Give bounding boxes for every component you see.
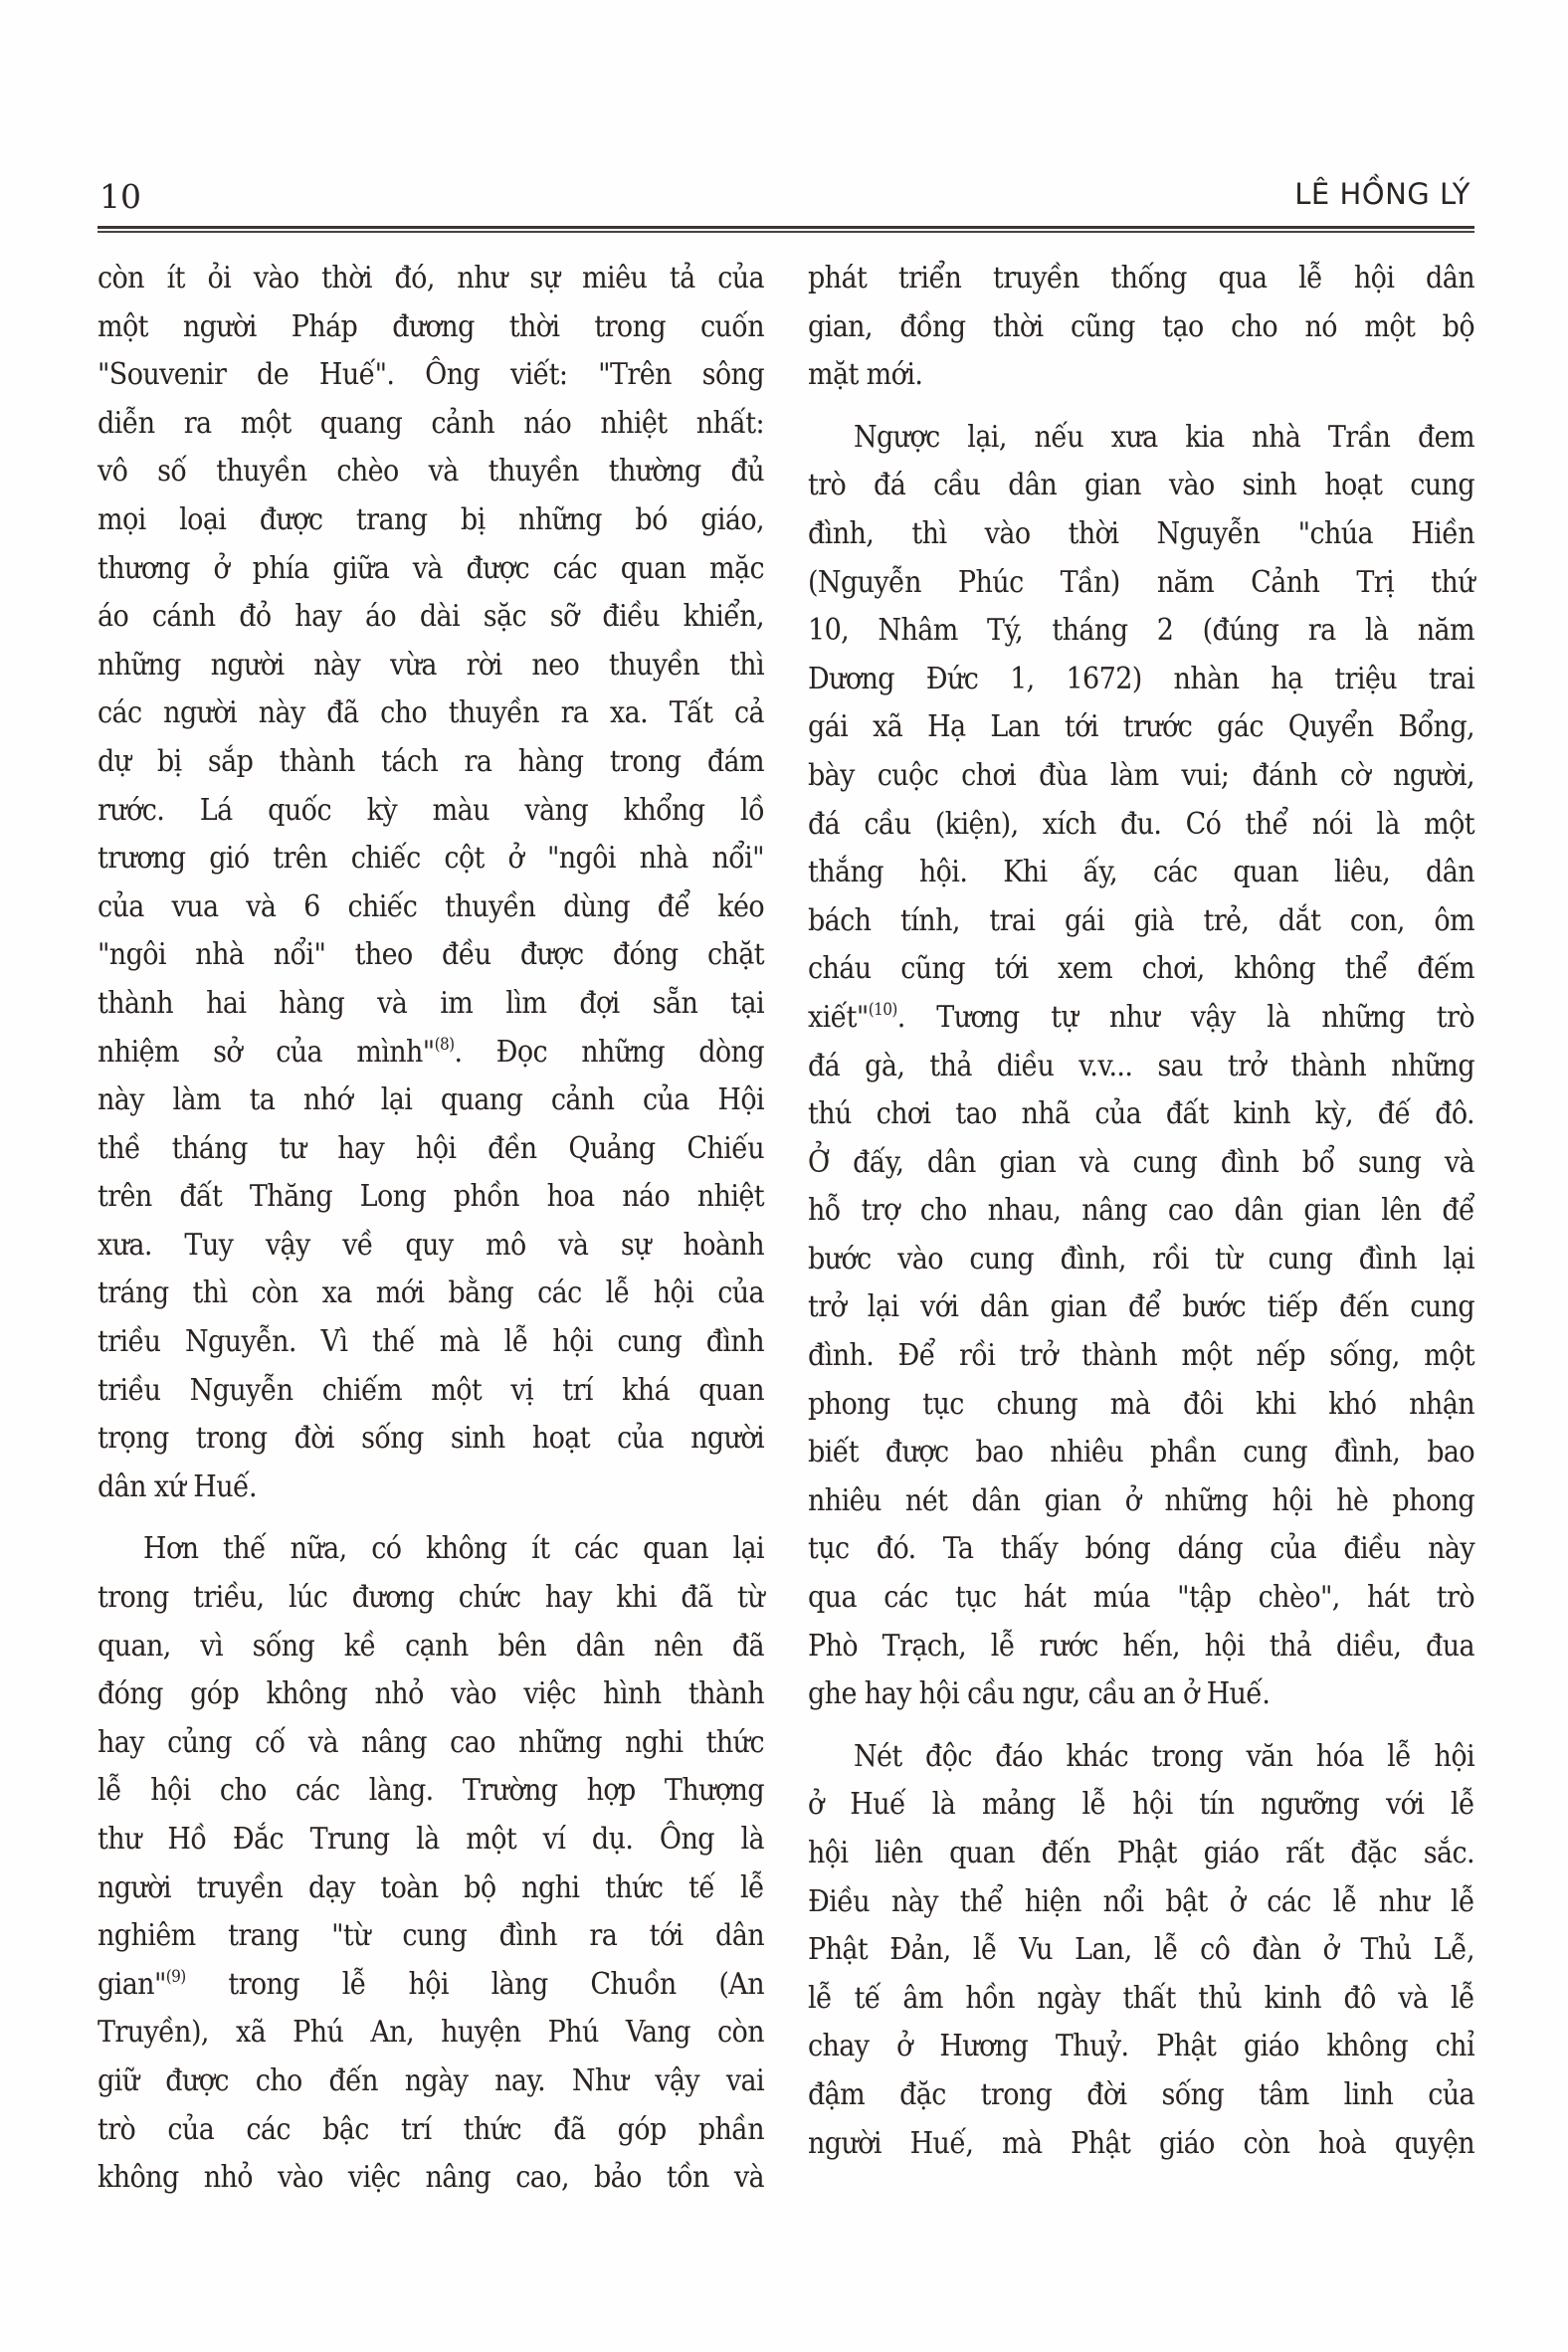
text-line: triều Nguyễn chiếm một vị trí khá quan	[98, 1367, 764, 1416]
text-line: vô số thuyền chèo và thuyền thường đủ	[98, 448, 764, 496]
text-line: quan, vì sống kề cạnh bên dân nên đã	[98, 1623, 764, 1671]
text-line: trương gió trên chiếc cột ở "ngôi nhà nổ…	[98, 835, 764, 883]
text-line: nhiệm sở của mình"(8). Đọc những dòng	[98, 1029, 764, 1078]
header-rule	[98, 226, 1474, 229]
text-line: xưa. Tuy vậy về quy mô và sự hoành	[98, 1222, 764, 1271]
text-line: phát triển truyền thống qua lễ hội dân	[808, 255, 1474, 303]
text-line: chay ở Hương Thuỷ. Phật giáo không chỉ	[808, 2023, 1474, 2071]
text-line: thú chơi tao nhã của đất kinh kỳ, đế đô.	[808, 1090, 1474, 1139]
text-line: hỗ trợ cho nhau, nâng cao dân gian lên đ…	[808, 1187, 1474, 1236]
paragraph-gap	[808, 400, 1474, 414]
text-line: dân xứ Huế.	[98, 1464, 764, 1512]
text-line: Nét độc đáo khác trong văn hóa lễ hội	[808, 1733, 1474, 1782]
running-head: 10 LÊ HỒNG LÝ	[98, 175, 1474, 221]
text-line: áo cánh đỏ hay áo dài sặc sỡ điều khiển,	[98, 593, 764, 642]
text-line: những người này vừa rời neo thuyền thì	[98, 642, 764, 690]
page-number: 10	[99, 177, 141, 216]
footnote-reference: (10)	[869, 1000, 897, 1020]
text-line: "ngôi nhà nổi" theo đều được đóng chặt	[98, 931, 764, 980]
text-line: Phò Trạch, lễ rước hến, hội thả diều, đu…	[808, 1623, 1474, 1671]
text-line: Ở đấy, dân gian và cung đình bổ sung và	[808, 1139, 1474, 1188]
book-page: 10 LÊ HỒNG LÝ còn ít ỏi vào thời đó, như…	[0, 0, 1568, 2352]
text-line: này làm ta nhớ lại quang cảnh của Hội	[98, 1077, 764, 1125]
text-line: 10, Nhâm Tý, tháng 2 (đúng ra là năm	[808, 607, 1474, 656]
text-line: Hơn thế nữa, có không ít các quan lại	[98, 1525, 764, 1574]
text-line: lễ tế âm hồn ngày thất thủ kinh đô và lễ	[808, 1975, 1474, 2024]
text-line: thề tháng tư hay hội đền Quảng Chiếu	[98, 1125, 764, 1174]
text-line: gian, đồng thời cũng tạo cho nó một bộ	[808, 303, 1474, 352]
running-title-author: LÊ HỒNG LÝ	[1294, 177, 1470, 211]
text-line: ghe hay hội cầu ngư, cầu an ở Huế.	[808, 1670, 1474, 1719]
text-line: không nhỏ vào việc nâng cao, bảo tồn và	[98, 2154, 764, 2203]
left-column: còn ít ỏi vào thời đó, như sự miêu tả củ…	[98, 255, 764, 2203]
text-line: đình, thì vào thời Nguyễn "chúa Hiền	[808, 510, 1474, 559]
text-line: gái xã Hạ Lan tới trước gác Quyển Bổng,	[808, 703, 1474, 752]
text-line: mọi loại được trang bị những bó giáo,	[98, 496, 764, 545]
text-line: phong tục chung mà đôi khi khó nhận	[808, 1381, 1474, 1430]
text-line: Dương Đức 1, 1672) nhàn hạ triệu trai	[808, 656, 1474, 704]
text-line: đình. Để rồi trở thành một nếp sống, một	[808, 1332, 1474, 1381]
text-line: gian"(9) trong lễ hội làng Chuồn (An	[98, 1961, 764, 2010]
text-line: cháu cũng tới xem chơi, không thể đếm	[808, 945, 1474, 994]
text-line: dự bị sắp thành tách ra hàng trong đám	[98, 738, 764, 787]
text-line: người Huế, mà Phật giáo còn hoà quyện	[808, 2120, 1474, 2169]
text-line: bày cuộc chơi đùa làm vui; đánh cờ người…	[808, 752, 1474, 801]
footnote-reference: (8)	[435, 1035, 455, 1055]
text-line: còn ít ỏi vào thời đó, như sự miêu tả củ…	[98, 255, 764, 303]
text-line: ở Huế là mảng lễ hội tín ngưỡng với lễ	[808, 1781, 1474, 1830]
text-line: thư Hồ Đắc Trung là một ví dụ. Ông là	[98, 1816, 764, 1864]
text-line: lễ hội cho các làng. Trường hợp Thượng	[98, 1767, 764, 1816]
text-line: "Souvenir de Huế". Ông viết: "Trên sông	[98, 351, 764, 400]
right-column: phát triển truyền thống qua lễ hội dângi…	[808, 255, 1474, 2168]
text-line: trọng trong đời sống sinh hoạt của người	[98, 1415, 764, 1464]
text-line: người truyền dạy toàn bộ nghi thức tế lễ	[98, 1864, 764, 1913]
text-line: trên đất Thăng Long phồn hoa náo nhiệt	[98, 1173, 764, 1222]
text-line: trò đá cầu dân gian vào sinh hoạt cung	[808, 462, 1474, 510]
text-line: xiết"(10). Tương tự như vậy là những trò	[808, 994, 1474, 1043]
text-line: hay củng cố và nâng cao những nghi thức	[98, 1719, 764, 1768]
text-line: của vua và 6 chiếc thuyền dùng để kéo	[98, 883, 764, 932]
paragraph-gap	[98, 1511, 764, 1525]
text-line: (Nguyễn Phúc Tần) năm Cảnh Trị thứ	[808, 559, 1474, 608]
paragraph-gap	[808, 1719, 1474, 1733]
text-line: trở lại với dân gian để bước tiếp đến cu…	[808, 1283, 1474, 1332]
text-line: nghiêm trang "từ cung đình ra tới dân	[98, 1912, 764, 1961]
text-line: Truyền), xã Phú An, huyện Phú Vang còn	[98, 2009, 764, 2058]
text-line: rước. Lá quốc kỳ màu vàng khổng lồ	[98, 787, 764, 836]
text-line: một người Pháp đương thời trong cuốn	[98, 303, 764, 352]
text-line: Điều này thể hiện nổi bật ở các lễ như l…	[808, 1878, 1474, 1927]
text-line: triều Nguyễn. Vì thế mà lễ hội cung đình	[98, 1318, 764, 1367]
text-line: diễn ra một quang cảnh náo nhiệt nhất:	[98, 400, 764, 449]
text-line: trong triều, lúc đương chức hay khi đã t…	[98, 1574, 764, 1623]
text-line: Ngược lại, nếu xưa kia nhà Trần đem	[808, 414, 1474, 463]
text-line: bách tính, trai gái già trẻ, dắt con, ôm	[808, 897, 1474, 946]
text-line: trò của các bậc trí thức đã góp phần	[98, 2106, 764, 2155]
text-line: tục đó. Ta thấy bóng dáng của điều này	[808, 1525, 1474, 1574]
text-line: mặt mới.	[808, 351, 1474, 400]
text-line: tráng thì còn xa mới bằng các lễ hội của	[98, 1270, 764, 1318]
text-line: đá gà, thả diều v.v... sau trở thành nhữ…	[808, 1043, 1474, 1091]
text-line: nhiêu nét dân gian ở những hội hè phong	[808, 1477, 1474, 1526]
text-line: giữ được cho đến ngày nay. Như vậy vai	[98, 2058, 764, 2106]
text-line: đóng góp không nhỏ vào việc hình thành	[98, 1670, 764, 1719]
footnote-reference: (9)	[166, 1967, 186, 1987]
text-line: qua các tục hát múa "tập chèo", hát trò	[808, 1574, 1474, 1623]
text-line: đậm đặc trong đời sống tâm linh của	[808, 2071, 1474, 2120]
header-rule-thin	[98, 231, 1474, 233]
text-line: thành hai hàng và im lìm đợi sẵn tại	[98, 980, 764, 1029]
text-line: thương ở phía giữa và được các quan mặc	[98, 545, 764, 594]
text-line: đá cầu (kiện), xích đu. Có thể nói là mộ…	[808, 801, 1474, 850]
text-line: thắng hội. Khi ấy, các quan liêu, dân	[808, 849, 1474, 897]
text-line: Phật Đản, lễ Vu Lan, lễ cô đàn ở Thủ Lễ,	[808, 1926, 1474, 1975]
text-line: bước vào cung đình, rồi từ cung đình lại	[808, 1236, 1474, 1284]
text-line: biết được bao nhiêu phần cung đình, bao	[808, 1429, 1474, 1477]
text-line: hội liên quan đến Phật giáo rất đặc sắc.	[808, 1830, 1474, 1878]
text-line: các người này đã cho thuyền ra xa. Tất c…	[98, 689, 764, 738]
